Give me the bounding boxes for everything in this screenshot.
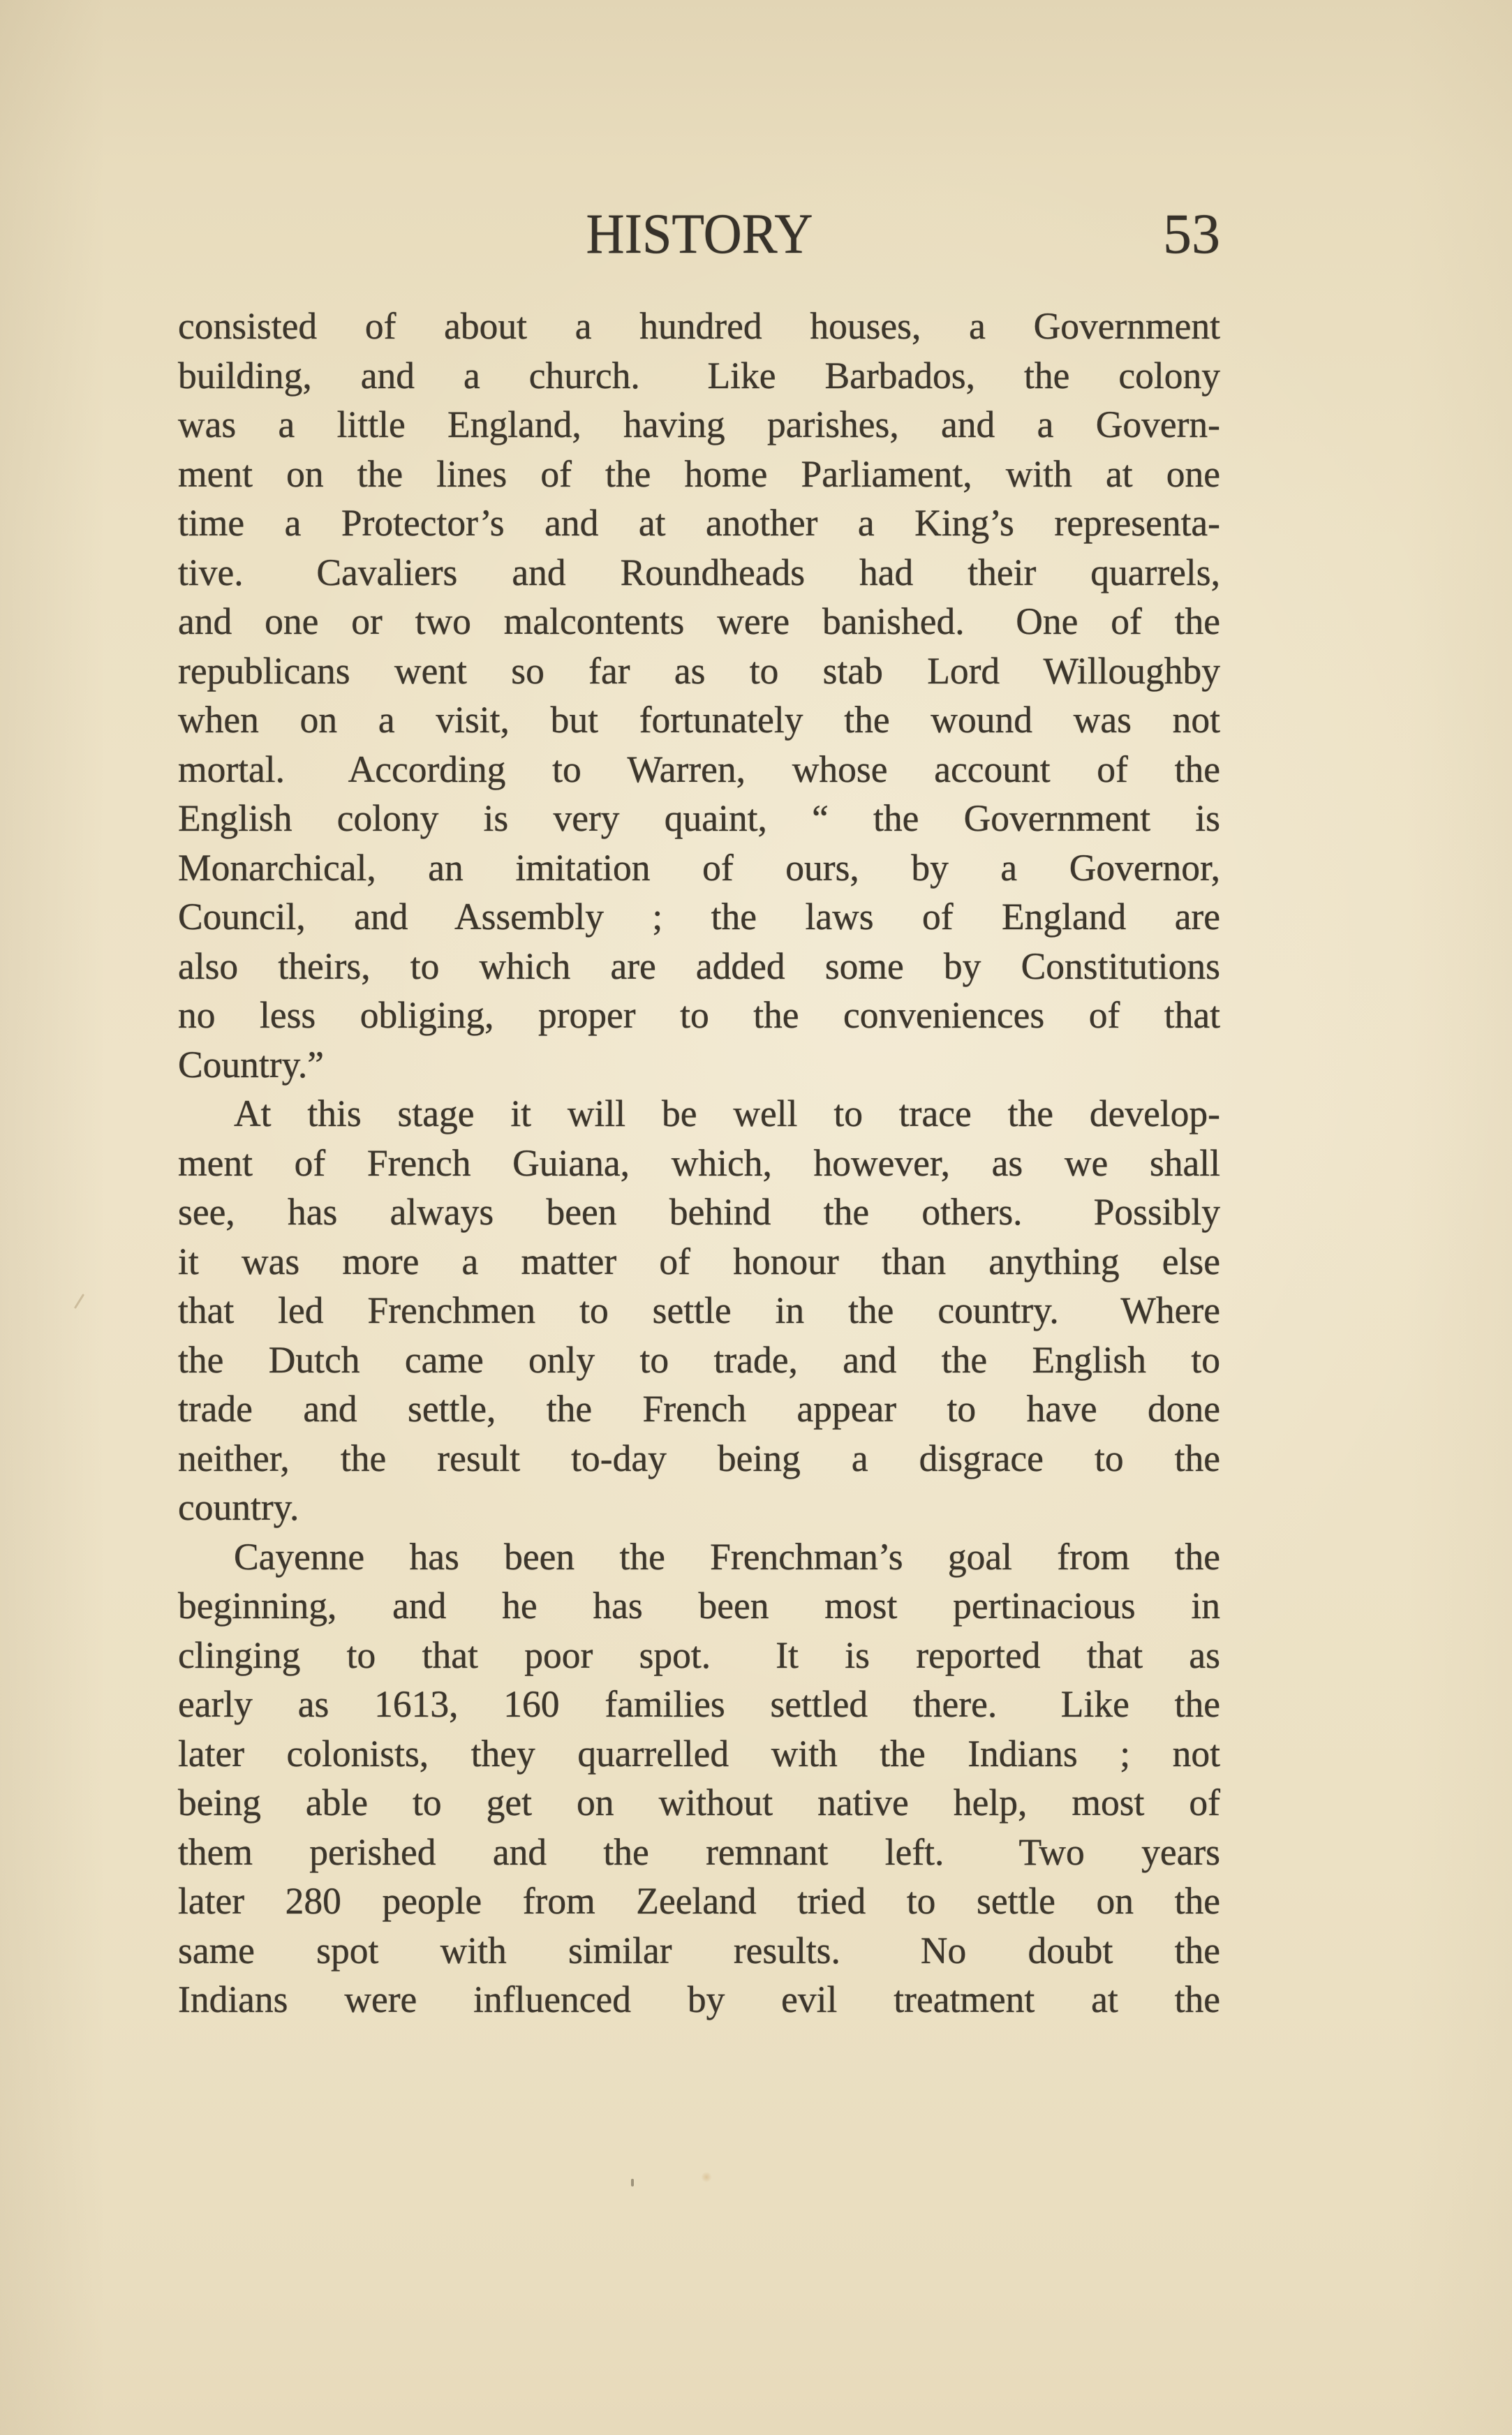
- text-line: when on a visit, but fortunately the wou…: [178, 695, 1220, 745]
- text-line: the Dutch came only to trade, and the En…: [178, 1335, 1220, 1385]
- text-line: building, and a church. Like Barbados, t…: [178, 351, 1220, 401]
- page-title: HISTORY: [586, 206, 813, 262]
- text-line: was a little England, having parishes, a…: [178, 400, 1220, 450]
- text-line: that led Frenchmen to settle in the coun…: [178, 1286, 1220, 1335]
- paper-crease: [74, 1294, 84, 1309]
- text-line: no less obliging, proper to the convenie…: [178, 991, 1220, 1040]
- page-number: 53: [1163, 206, 1220, 262]
- scanned-book-page: HISTORY 53 consisted of about a hundred …: [0, 0, 1512, 2435]
- text-line: Cayenne has been the Frenchman’s goal fr…: [178, 1532, 1220, 1582]
- text-line: tive. Cavaliers and Roundheads had their…: [178, 548, 1220, 598]
- text-line: them perished and the remnant left. Two …: [178, 1828, 1220, 1877]
- text-line: trade and settle, the French appear to h…: [178, 1384, 1220, 1434]
- text-line: later 280 people from Zeeland tried to s…: [178, 1877, 1220, 1926]
- paper-stain: [701, 2172, 712, 2182]
- text-line: clinging to that poor spot. It is report…: [178, 1631, 1220, 1680]
- text-line: being able to get on without native help…: [178, 1778, 1220, 1828]
- text-line: neither, the result to-day being a disgr…: [178, 1434, 1220, 1483]
- text-line: Indians were influenced by evil treatmen…: [178, 1975, 1220, 2025]
- text-line: republicans went so far as to stab Lord …: [178, 646, 1220, 696]
- text-line: it was more a matter of honour than anyt…: [178, 1237, 1220, 1287]
- text-line: time a Protector’s and at another a King…: [178, 498, 1220, 548]
- paper-speck: [631, 2179, 634, 2186]
- text-line: country.: [178, 1483, 1220, 1532]
- text-line: Monarchical, an imitation of ours, by a …: [178, 843, 1220, 893]
- text-line: also theirs, to which are added some by …: [178, 942, 1220, 991]
- text-line: ment on the lines of the home Parliament…: [178, 450, 1220, 499]
- text-line: English colony is very quaint, “ the Gov…: [178, 794, 1220, 843]
- text-line: same spot with similar results. No doubt…: [178, 1926, 1220, 1976]
- paragraph: At this stage it will be well to trace t…: [178, 1089, 1220, 1532]
- text-line: At this stage it will be well to trace t…: [178, 1089, 1220, 1139]
- text-line: Country.”: [178, 1040, 1220, 1090]
- text-line: see, has always been behind the others. …: [178, 1187, 1220, 1237]
- body-text: consisted of about a hundred houses, a G…: [178, 302, 1220, 2025]
- text-line: early as 1613, 160 families settled ther…: [178, 1680, 1220, 1729]
- paragraph: consisted of about a hundred houses, a G…: [178, 302, 1220, 1089]
- text-line: and one or two malcontents were banished…: [178, 597, 1220, 646]
- text-line: later colonists, they quarrelled with th…: [178, 1729, 1220, 1779]
- running-head: HISTORY 53: [178, 206, 1220, 262]
- text-line: beginning, and he has been most pertinac…: [178, 1581, 1220, 1631]
- text-line: ment of French Guiana, which, however, a…: [178, 1139, 1220, 1188]
- paragraph: Cayenne has been the Frenchman’s goal fr…: [178, 1532, 1220, 2025]
- text-line: mortal. According to Warren, whose accou…: [178, 745, 1220, 794]
- text-line: consisted of about a hundred houses, a G…: [178, 302, 1220, 351]
- text-line: Council, and Assembly ; the laws of Engl…: [178, 892, 1220, 942]
